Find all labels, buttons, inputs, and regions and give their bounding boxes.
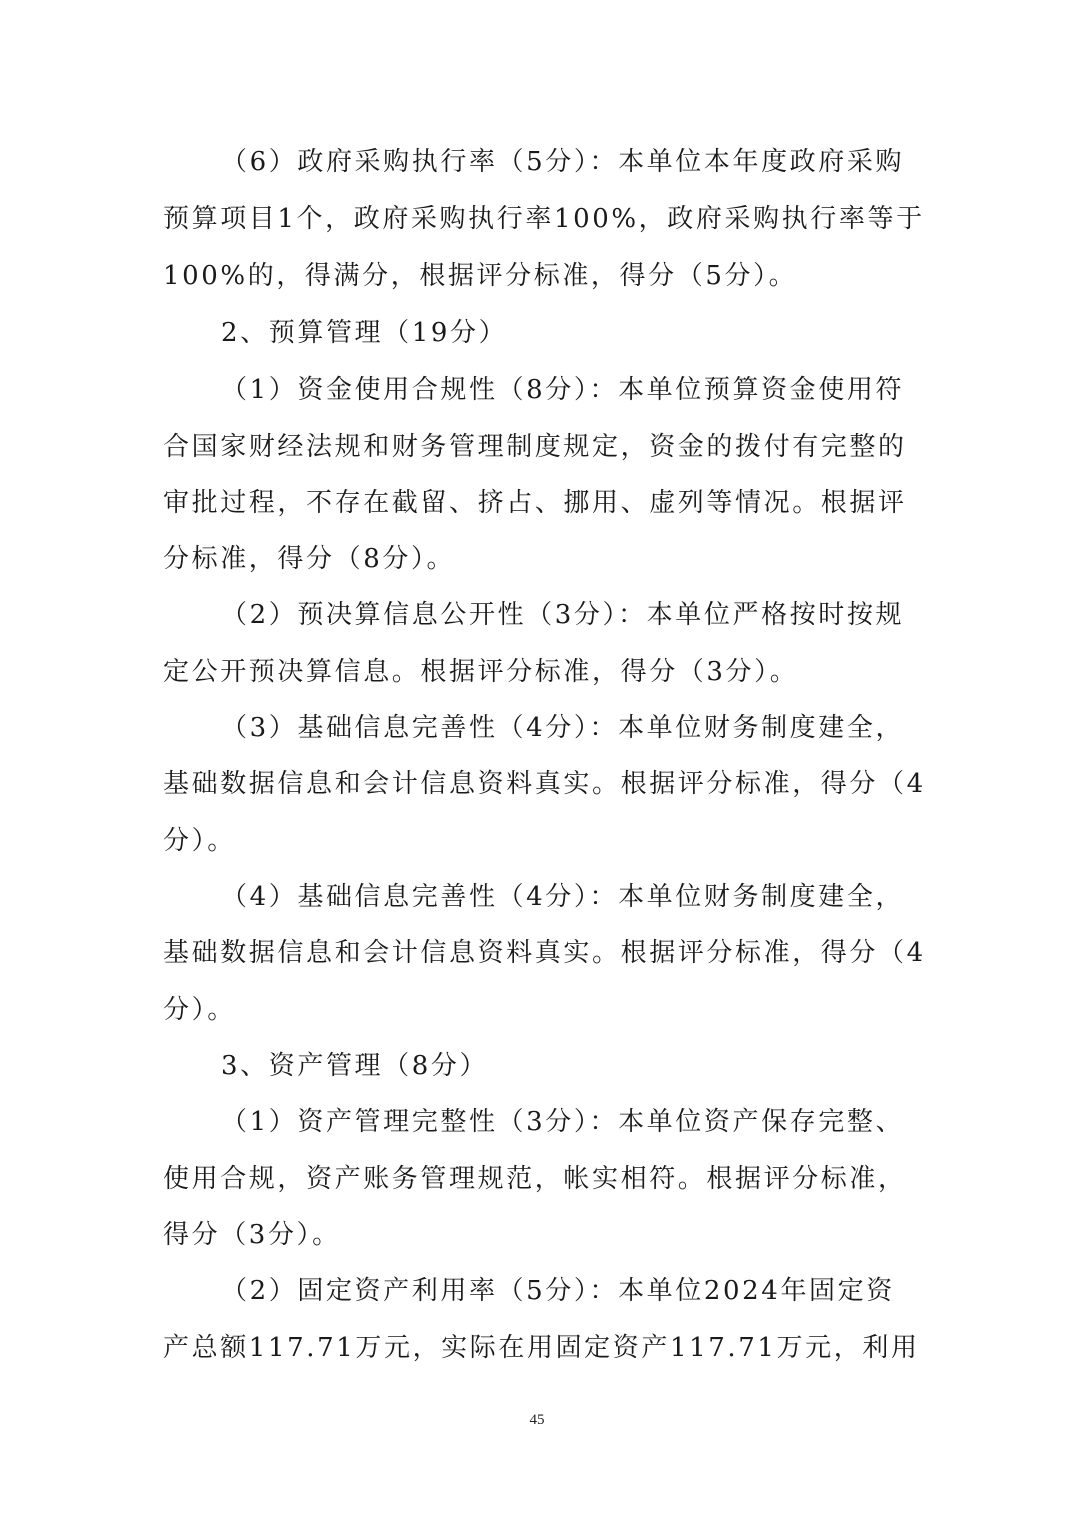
paragraph-fund-compliance-line-2: 合国家财经法规和财务管理制度规定，资金的拨付有完整的: [163, 419, 907, 475]
paragraph-fixed-asset-utilization-line-1: （2）固定资产利用率（5分）：本单位2024年固定资: [221, 1263, 895, 1319]
paragraph-fund-compliance-line-4: 分标准，得分（8分）。: [163, 531, 455, 587]
paragraph-asset-completeness-line-3: 得分（3分）。: [163, 1207, 341, 1263]
paragraph-fixed-asset-utilization-line-2: 产总额117.71万元，实际在用固定资产117.71万元，利用: [163, 1320, 920, 1376]
paragraph-basic-info-4-line-3: 分）。: [163, 982, 236, 1038]
paragraph-basic-info-3-line-2: 基础数据信息和会计信息资料真实。根据评分标准，得分（4: [163, 756, 926, 812]
paragraph-basic-info-3-line-1: （3）基础信息完善性（4分）：本单位财务制度建全，: [221, 700, 904, 756]
paragraph-fund-compliance-line-1: （1）资金使用合规性（8分）：本单位预算资金使用符: [221, 362, 904, 418]
paragraph-asset-completeness-line-2: 使用合规，资产账务管理规范，帐实相符。根据评分标准，: [163, 1151, 907, 1207]
section-heading-budget-management: 2、预算管理（19分）: [221, 305, 507, 361]
section-heading-asset-management: 3、资产管理（8分）: [221, 1038, 488, 1094]
paragraph-asset-completeness-line-1: （1）资产管理完整性（3分）：本单位资产保存完整、: [221, 1094, 904, 1150]
paragraph-basic-info-4-line-1: （4）基础信息完善性（4分）：本单位财务制度建全，: [221, 869, 904, 925]
paragraph-budget-disclosure-line-1: （2）预决算信息公开性（3分）：本单位严格按时按规: [221, 587, 904, 643]
page-number: 45: [0, 1412, 1074, 1429]
paragraph-budget-disclosure-line-2: 定公开预决算信息。根据评分标准，得分（3分）。: [163, 644, 798, 700]
paragraph-basic-info-4-line-2: 基础数据信息和会计信息资料真实。根据评分标准，得分（4: [163, 925, 926, 981]
paragraph-fund-compliance-line-3: 审批过程，不存在截留、挤占、挪用、虚列等情况。根据评: [163, 475, 907, 531]
paragraph-gov-procurement-line-3: 100%的，得满分，根据评分标准，得分（5分）。: [163, 248, 797, 304]
paragraph-basic-info-3-line-3: 分）。: [163, 813, 236, 869]
paragraph-gov-procurement-line-2: 预算项目1个，政府采购执行率100%，政府采购执行率等于: [163, 191, 925, 247]
paragraph-gov-procurement-line-1: （6）政府采购执行率（5分）：本单位本年度政府采购: [221, 134, 904, 190]
